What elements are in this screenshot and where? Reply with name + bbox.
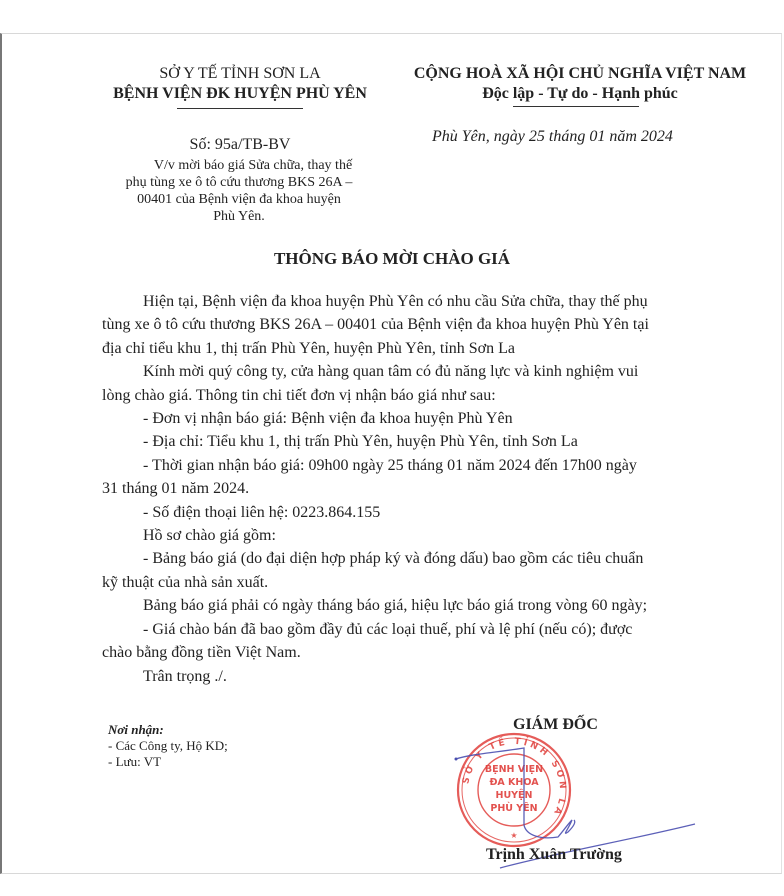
body-line: - Số điện thoại liên hệ: 0223.864.155 (102, 501, 740, 524)
place-date: Phù Yên, ngày 25 tháng 01 năm 2024 (432, 128, 673, 146)
signer-name: Trịnh Xuân Trường (486, 846, 622, 864)
recipient-item: - Các Công ty, Hộ KD; (108, 738, 228, 754)
body-line: lòng chào giá. Thông tin chi tiết đơn vị… (102, 384, 740, 407)
body-line: Bảng báo giá phải có ngày tháng báo giá,… (102, 594, 740, 617)
organization-name: BỆNH VIỆN ĐK HUYỆN PHÙ YÊN (90, 84, 390, 104)
recipient-item: - Lưu: VT (108, 754, 228, 770)
issuing-authority-block: SỞ Y TẾ TỈNH SƠN LA BỆNH VIỆN ĐK HUYỆN P… (90, 64, 390, 109)
recipients-block: Nơi nhận: - Các Công ty, Hộ KD; - Lưu: V… (108, 722, 228, 770)
body-line: Hiện tại, Bệnh viện đa khoa huyện Phù Yê… (102, 290, 740, 313)
document-body: Hiện tại, Bệnh viện đa khoa huyện Phù Yê… (102, 290, 740, 688)
recipients-heading: Nơi nhận: (108, 722, 228, 738)
body-line: chào bằng đồng tiền Việt Nam. (102, 641, 740, 664)
organization-underline (177, 108, 303, 109)
document-number: Số: 95a/TB-BV (90, 136, 390, 154)
subject-line: phụ tùng xe ô tô cứu thương BKS 26A – (104, 174, 374, 191)
body-line: địa chỉ tiểu khu 1, thị trấn Phù Yên, hu… (102, 337, 740, 360)
document-subject: V/v mời báo giá Sửa chữa, thay thế phụ t… (104, 157, 374, 225)
subject-line: 00401 của Bệnh viện đa khoa huyện (104, 191, 374, 208)
body-line: kỹ thuật của nhà sản xuất. (102, 571, 740, 594)
document-title: THÔNG BÁO MỜI CHÀO GIÁ (0, 249, 784, 269)
body-line: 31 tháng 01 năm 2024. (102, 477, 740, 500)
motto-underline (513, 106, 639, 107)
subject-line: V/v mời báo giá Sửa chữa, thay thế (104, 157, 374, 174)
body-line: Trân trọng ./. (102, 665, 740, 688)
body-line: Hồ sơ chào giá gồm: (102, 524, 740, 547)
national-heading-block: CỘNG HOÀ XÃ HỘI CHỦ NGHĨA VIỆT NAM Độc l… (385, 64, 775, 107)
national-motto: Độc lập - Tự do - Hạnh phúc (385, 84, 775, 104)
body-line: - Giá chào bán đã bao gồm đầy đủ các loạ… (102, 618, 740, 641)
department-name: SỞ Y TẾ TỈNH SƠN LA (90, 64, 390, 84)
subject-line: Phù Yên. (104, 208, 374, 225)
body-line: - Địa chỉ: Tiểu khu 1, thị trấn Phù Yên,… (102, 430, 740, 453)
body-line: - Thời gian nhận báo giá: 09h00 ngày 25 … (102, 454, 740, 477)
body-line: - Bảng báo giá (do đại diện hợp pháp ký … (102, 547, 740, 570)
body-line: - Đơn vị nhận báo giá: Bệnh viện đa khoa… (102, 407, 740, 430)
body-line: tùng xe ô tô cứu thương BKS 26A – 00401 … (102, 313, 740, 336)
national-title: CỘNG HOÀ XÃ HỘI CHỦ NGHĨA VIỆT NAM (385, 64, 775, 84)
body-line: Kính mời quý công ty, cửa hàng quan tâm … (102, 360, 740, 383)
